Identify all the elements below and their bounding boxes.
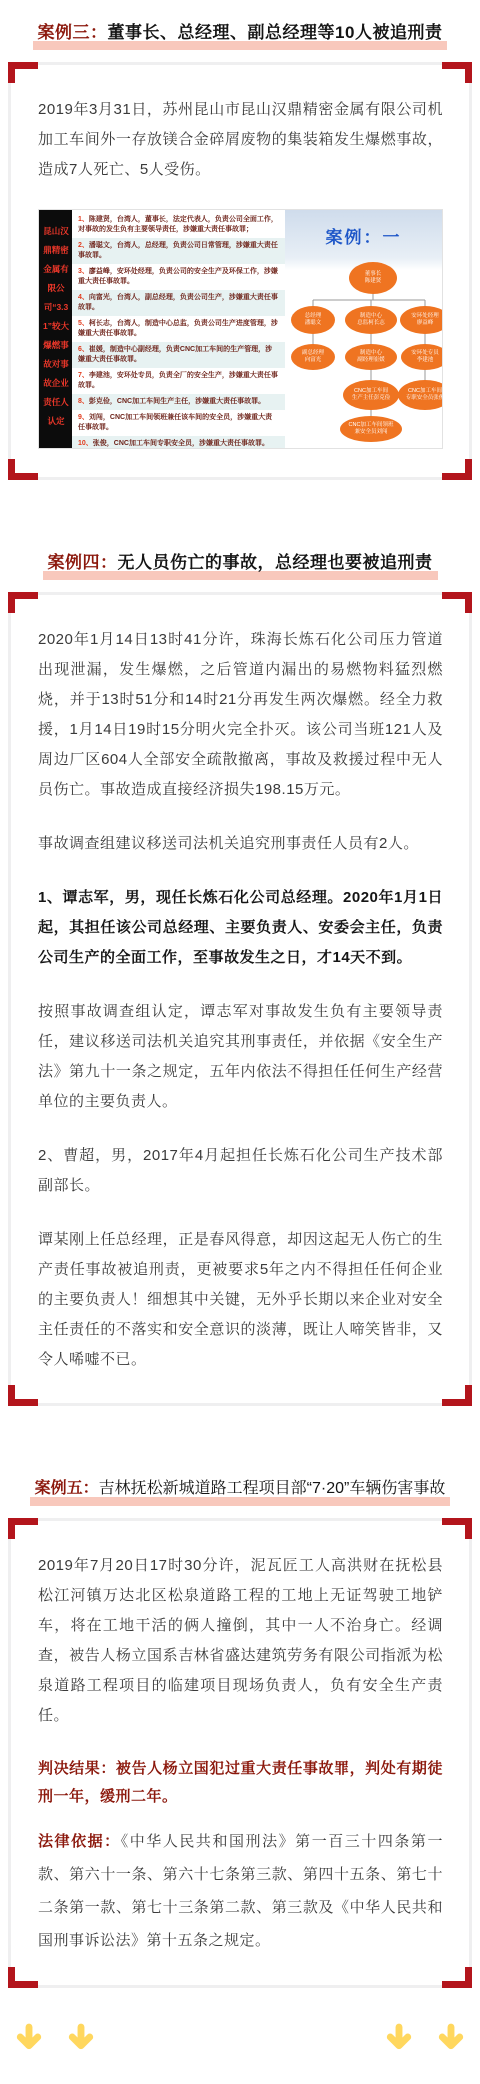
- case5-box: 2019年7月20日17时30分许，泥瓦匠工人高洪财在抚松县松江河镇万达北区松泉…: [8, 1518, 472, 1988]
- responsibility-item: 10、张俊，CNC加工车间专职安全员，涉嫌重大责任事故罪。: [72, 436, 285, 449]
- corner-accent: [442, 592, 472, 613]
- org-node: CNC加工车间 专职安全员张俊: [398, 380, 443, 410]
- corner-accent: [442, 1385, 472, 1406]
- case5-legal-basis: 法律依据：《中华人民共和国刑法》第一百三十四条第一款、第六十一条、第六十七条第三…: [38, 1825, 443, 1957]
- legal-text: 《中华人民共和国刑法》第一百三十四条第一款、第六十一条、第六十七条第三款、第四十…: [38, 1833, 443, 1949]
- case4-paragraph: 1、谭志军，男，现任长炼石化公司总经理。2020年1月1日起，其担任该公司总经理…: [38, 883, 443, 973]
- case5-heading: 案例五：吉林抚松新城道路工程项目部“7·20”车辆伤害事故: [10, 1476, 470, 1502]
- org-chart-panel: 案例：一 董事长 陈建贤 总经理 潘聪文 制造中心 总监柯长志 安环处经理 廖益…: [285, 210, 442, 448]
- down-arrow-icon: [384, 2022, 414, 2052]
- org-node: 副总经理 向富光: [291, 344, 335, 370]
- case4-paragraph: 按照事故调查组认定，谭志军对事故发生负有主要领导责任，建议移送司法机关追究其刑事…: [38, 997, 443, 1117]
- case3-heading-prefix: 案例三：: [38, 23, 108, 42]
- case4-paragraph: 谭某刚上任总经理，正是春风得意，却因这起无人伤亡的生产责任事故被追刑责，更被要求…: [38, 1225, 443, 1375]
- corner-accent: [442, 1518, 472, 1539]
- org-node: 制造中心 副经理崔媛: [345, 344, 397, 370]
- corner-accent: [442, 459, 472, 480]
- corner-accent: [8, 1967, 38, 1988]
- case5-verdict: 判决结果：被告人杨立国犯过重大责任事故罪，判处有期徒刑一年，缓刑二年。: [38, 1755, 443, 1811]
- footer-arrows: [0, 2022, 480, 2052]
- responsibility-item: 9、刘闯，CNC加工车间领班兼任该车间的安全员，涉嫌重大责任事故罪。: [72, 410, 285, 436]
- case3-infographic-image[interactable]: 昆山汉鼎精密金属有限公司“3.31”较大爆燃事故对事故企业责任人认定 1、陈建贤…: [38, 209, 443, 449]
- case4-heading: 案例四：无人员伤亡的事故，总经理也要被追刑责: [10, 550, 470, 576]
- down-arrow-icon: [14, 2022, 44, 2052]
- footer-arrows-right: [384, 2022, 466, 2052]
- case3-box: 2019年3月31日，苏州昆山市昆山汉鼎精密金属有限公司机加工车间外一存放镁合金…: [8, 62, 472, 480]
- responsibility-item: 8、彭克俭，CNC加工车间生产主任，涉嫌重大责任事故罪。: [72, 394, 285, 410]
- case5-paragraph: 2019年7月20日17时30分许，泥瓦匠工人高洪财在抚松县松江河镇万达北区松泉…: [38, 1551, 443, 1731]
- org-chart: 董事长 陈建贤 总经理 潘聪文 制造中心 总监柯长志 安环处经理 廖益峰 副总经…: [287, 260, 440, 446]
- footer-arrows-left: [14, 2022, 96, 2052]
- org-node: 制造中心 总监柯长志: [345, 306, 397, 334]
- case4-paragraph: 2、曹超，男，2017年4月起担任长炼石化公司生产技术部副部长。: [38, 1141, 443, 1201]
- org-node: 总经理 潘聪文: [291, 306, 335, 334]
- responsibility-list: 1、陈建贤，台湾人，董事长，法定代表人，负责公司全面工作，对事故的发生负有主要领…: [72, 210, 285, 448]
- corner-accent: [8, 592, 38, 613]
- down-arrow-icon: [66, 2022, 96, 2052]
- responsibility-item: 3、廖益峰，安环处经理，负责公司的安全生产及环保工作，涉嫌重大责任事故罪。: [72, 264, 285, 290]
- org-node: 安环处经理 廖益峰: [400, 306, 443, 334]
- infographic-side-label: 昆山汉鼎精密金属有限公司“3.31”较大爆燃事故对事故企业责任人认定: [39, 210, 72, 448]
- corner-accent: [442, 62, 472, 83]
- case4-heading-prefix: 案例四：: [48, 553, 118, 572]
- case5-heading-prefix: 案例五：: [35, 1480, 99, 1497]
- responsibility-item: 7、李建池，安环处专员，负责全厂的安全生产，涉嫌重大责任事故罪。: [72, 368, 285, 394]
- corner-accent: [8, 459, 38, 480]
- case4-paragraph: 2020年1月14日13时41分许，珠海长炼石化公司压力管道出现泄漏，发生爆燃，…: [38, 625, 443, 805]
- case3-heading-text: 董事长、总经理、副总经理等10人被追刑责: [108, 23, 443, 42]
- case5-heading-text: 吉林抚松新城道路工程项目部“7·20”车辆伤害事故: [99, 1480, 446, 1497]
- org-node: 安环处专员 李建池: [401, 344, 443, 370]
- org-node: CNC加工车间 生产主任彭克俭: [343, 380, 399, 410]
- verdict-label: 判决结果：: [38, 1760, 116, 1777]
- corner-accent: [8, 1518, 38, 1539]
- org-node: 董事长 陈建贤: [349, 262, 397, 294]
- legal-label: 法律依据：: [38, 1833, 121, 1850]
- responsibility-item: 4、向富光，台湾人，副总经理，负责公司生产，涉嫌重大责任事故罪。: [72, 290, 285, 316]
- responsibility-item: 6、崔媛，制造中心副经理，负责CNC加工车间的生产管理，涉嫌重大责任事故罪。: [72, 342, 285, 368]
- responsibility-item: 1、陈建贤，台湾人，董事长，法定代表人，负责公司全面工作，对事故的发生负有主要领…: [72, 212, 285, 238]
- case4-heading-text: 无人员伤亡的事故，总经理也要被追刑责: [118, 553, 433, 572]
- case3-intro: 2019年3月31日，苏州昆山市昆山汉鼎精密金属有限公司机加工车间外一存放镁合金…: [38, 95, 443, 185]
- corner-accent: [442, 1967, 472, 1988]
- case4-box: 2020年1月14日13时41分许，珠海长炼石化公司压力管道出现泄漏，发生爆燃，…: [8, 592, 472, 1406]
- case4-paragraph: 事故调查组建议移送司法机关追究刑事责任人员有2人。: [38, 829, 443, 859]
- corner-accent: [8, 1385, 38, 1406]
- corner-accent: [8, 62, 38, 83]
- case3-heading: 案例三：董事长、总经理、副总经理等10人被追刑责: [10, 20, 470, 46]
- responsibility-item: 2、潘聪文，台湾人，总经理，负责公司日常管理，涉嫌重大责任事故罪。: [72, 238, 285, 264]
- responsibility-item: 5、柯长志，台湾人，制造中心总监，负责公司生产进度管理，涉嫌重大责任事故罪。: [72, 316, 285, 342]
- org-node: CNC加工车间领班 兼安全员刘闯: [340, 416, 402, 442]
- down-arrow-icon: [436, 2022, 466, 2052]
- bottom-spacer: [0, 2052, 480, 2080]
- org-chart-title: 案例：一: [285, 210, 442, 260]
